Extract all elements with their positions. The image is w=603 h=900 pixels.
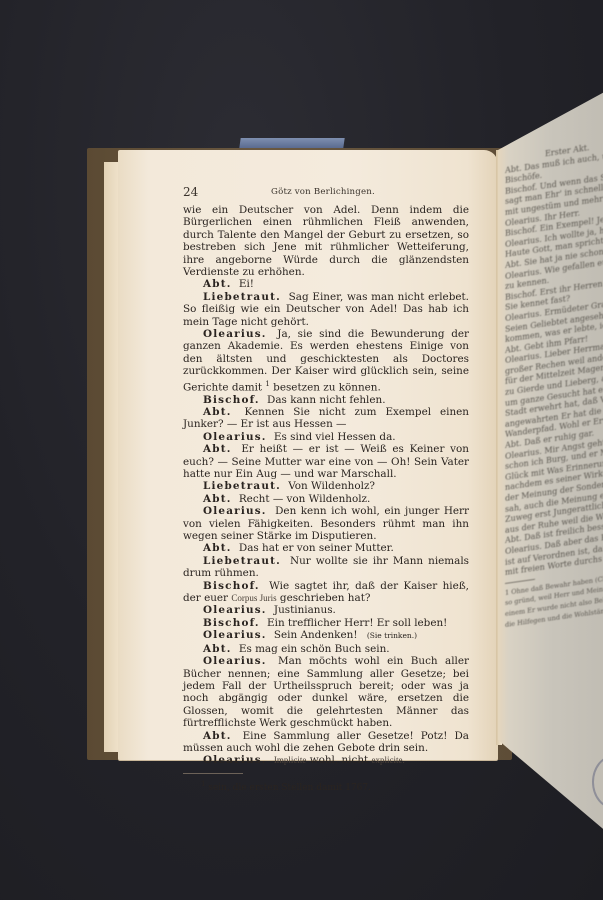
speech-text: geschrieben hat? (280, 592, 371, 604)
speaker-name: Abt. (203, 493, 232, 505)
footnote-text: sein, die ersten Stellen damit 1767. (208, 783, 371, 793)
running-title: Götz von Berlichingen. (271, 186, 375, 198)
speech-text: Justinianus. (274, 604, 336, 616)
speaker-name: Abt. (203, 542, 232, 554)
speaker-name: Olearius. (203, 505, 267, 517)
dialogue-paragraph: Bischof. Ein trefflicher Herr! Er soll l… (183, 617, 469, 629)
latin-term: explicite. (372, 755, 405, 765)
dialogue-paragraph: Abt. Ei! (183, 278, 469, 290)
dialogue-paragraph: Olearius. Den kenn ich wohl, ein junger … (183, 505, 469, 542)
speech-text: Ein trefflicher Herr! Er soll leben! (267, 617, 447, 629)
speech-text: Sein Andenken! (274, 629, 358, 641)
speaker-name: Abt. (203, 406, 232, 418)
speech-text: Das hat er von seiner Mutter. (239, 542, 394, 554)
speaker-name: Liebetraut. (203, 480, 281, 492)
dialogue-paragraph: Liebetraut. Sag Einer, was man nicht erl… (183, 291, 469, 328)
dialogue-paragraph: Olearius. Sein Andenken! (Sie trinken.) (183, 629, 469, 642)
speaker-name: Olearius. (203, 328, 267, 340)
speaker-name: Olearius. (203, 655, 267, 667)
dialogue-paragraph: Liebetraut. Von Wildenholz? (183, 480, 469, 492)
dialogue-paragraph: wie ein Deutscher von Adel. Denn indem d… (183, 204, 469, 278)
speaker-name: Bischof. (203, 394, 260, 406)
latin-term: Corpus Juris (231, 593, 276, 603)
footnote-reference: 1 (265, 380, 269, 388)
dialogue-paragraph: Abt. Eine Sammlung aller Gesetze! Potz! … (183, 730, 469, 755)
dialogue-paragraph: Abt. Das hat er von seiner Mutter. (183, 542, 469, 554)
speaker-name: Bischof. (203, 617, 260, 629)
stage-direction: (Sie trinken.) (367, 631, 417, 640)
speech-text: Das kann nicht fehlen. (267, 394, 386, 406)
speaker-name: Liebetraut. (203, 291, 281, 303)
speaker-name: Olearius. (203, 431, 267, 443)
speaker-name: Abt. (203, 730, 232, 742)
dialogue-paragraph: Olearius. Es sind viel Hessen da. (183, 431, 469, 443)
dialogue-paragraph: Olearius. Justinianus. (183, 604, 469, 616)
speech-text: wie ein Deutscher von Adel. Denn indem d… (183, 204, 469, 278)
footnote-marker: 1 (201, 780, 205, 788)
dialogue-paragraph: Abt. Es mag ein schön Buch sein. (183, 643, 469, 655)
speaker-name: Olearius. (203, 629, 267, 641)
dialogue-paragraph: Abt. Er heißt — er ist — Weiß es Keiner … (183, 443, 469, 480)
speaker-name: Abt. (203, 278, 232, 290)
right-page-text: Erster Akt. Abt. Das muß ich auch, um mi… (505, 141, 603, 630)
dialogue-paragraph: Bischof. Das kann nicht fehlen. (183, 394, 469, 406)
right-page-lines: Abt. Das muß ich auch, um michBischöfe.B… (505, 152, 603, 579)
right-footnote-divider (505, 579, 535, 584)
speaker-name: Abt. (203, 443, 232, 455)
dialogue-body: wie ein Deutscher von Adel. Denn indem d… (183, 204, 469, 767)
speaker-name: Abt. (203, 643, 232, 655)
page-number: 24 (183, 186, 198, 198)
speaker-name: Olearius. (203, 754, 267, 766)
running-head: 24 Götz von Berlichingen. (183, 186, 469, 204)
bookmark-ribbon (239, 138, 344, 148)
dialogue-paragraph: Olearius. Ja, sie sind die Bewunderung d… (183, 328, 469, 394)
speaker-name: Olearius. (203, 604, 267, 616)
speech-text: besetzen zu können. (273, 381, 381, 393)
speech-text: wohl, nicht (310, 754, 368, 766)
latin-term: Implicite (274, 755, 307, 765)
speech-text: Recht — von Wildenholz. (239, 493, 370, 505)
speech-text: Ei! (239, 278, 254, 290)
dialogue-paragraph: Abt. Recht — von Wildenholz. (183, 493, 469, 505)
speech-text: Es sind viel Hessen da. (274, 431, 396, 443)
speaker-name: Liebetraut. (203, 555, 281, 567)
footnote: 1 sein, die ersten Stellen damit 1767. (183, 778, 469, 794)
dialogue-paragraph: Olearius. Implicite wohl, nicht explicit… (183, 754, 469, 766)
left-page-text: 24 Götz von Berlichingen. wie ein Deutsc… (183, 186, 469, 794)
footnote-divider (183, 773, 243, 774)
dialogue-paragraph: Olearius. Man möchts wohl ein Buch aller… (183, 655, 469, 729)
dialogue-paragraph: Liebetraut. Nur wollte sie ihr Mann niem… (183, 555, 469, 580)
speaker-name: Bischof. (203, 580, 260, 592)
speech-text: Es mag ein schön Buch sein. (239, 643, 390, 655)
dialogue-paragraph: Abt. Kennen Sie nicht zum Exempel einen … (183, 406, 469, 431)
dialogue-paragraph: Bischof. Wie sagtet ihr, daß der Kaiser … (183, 580, 469, 605)
speech-text: Von Wildenholz? (288, 480, 375, 492)
